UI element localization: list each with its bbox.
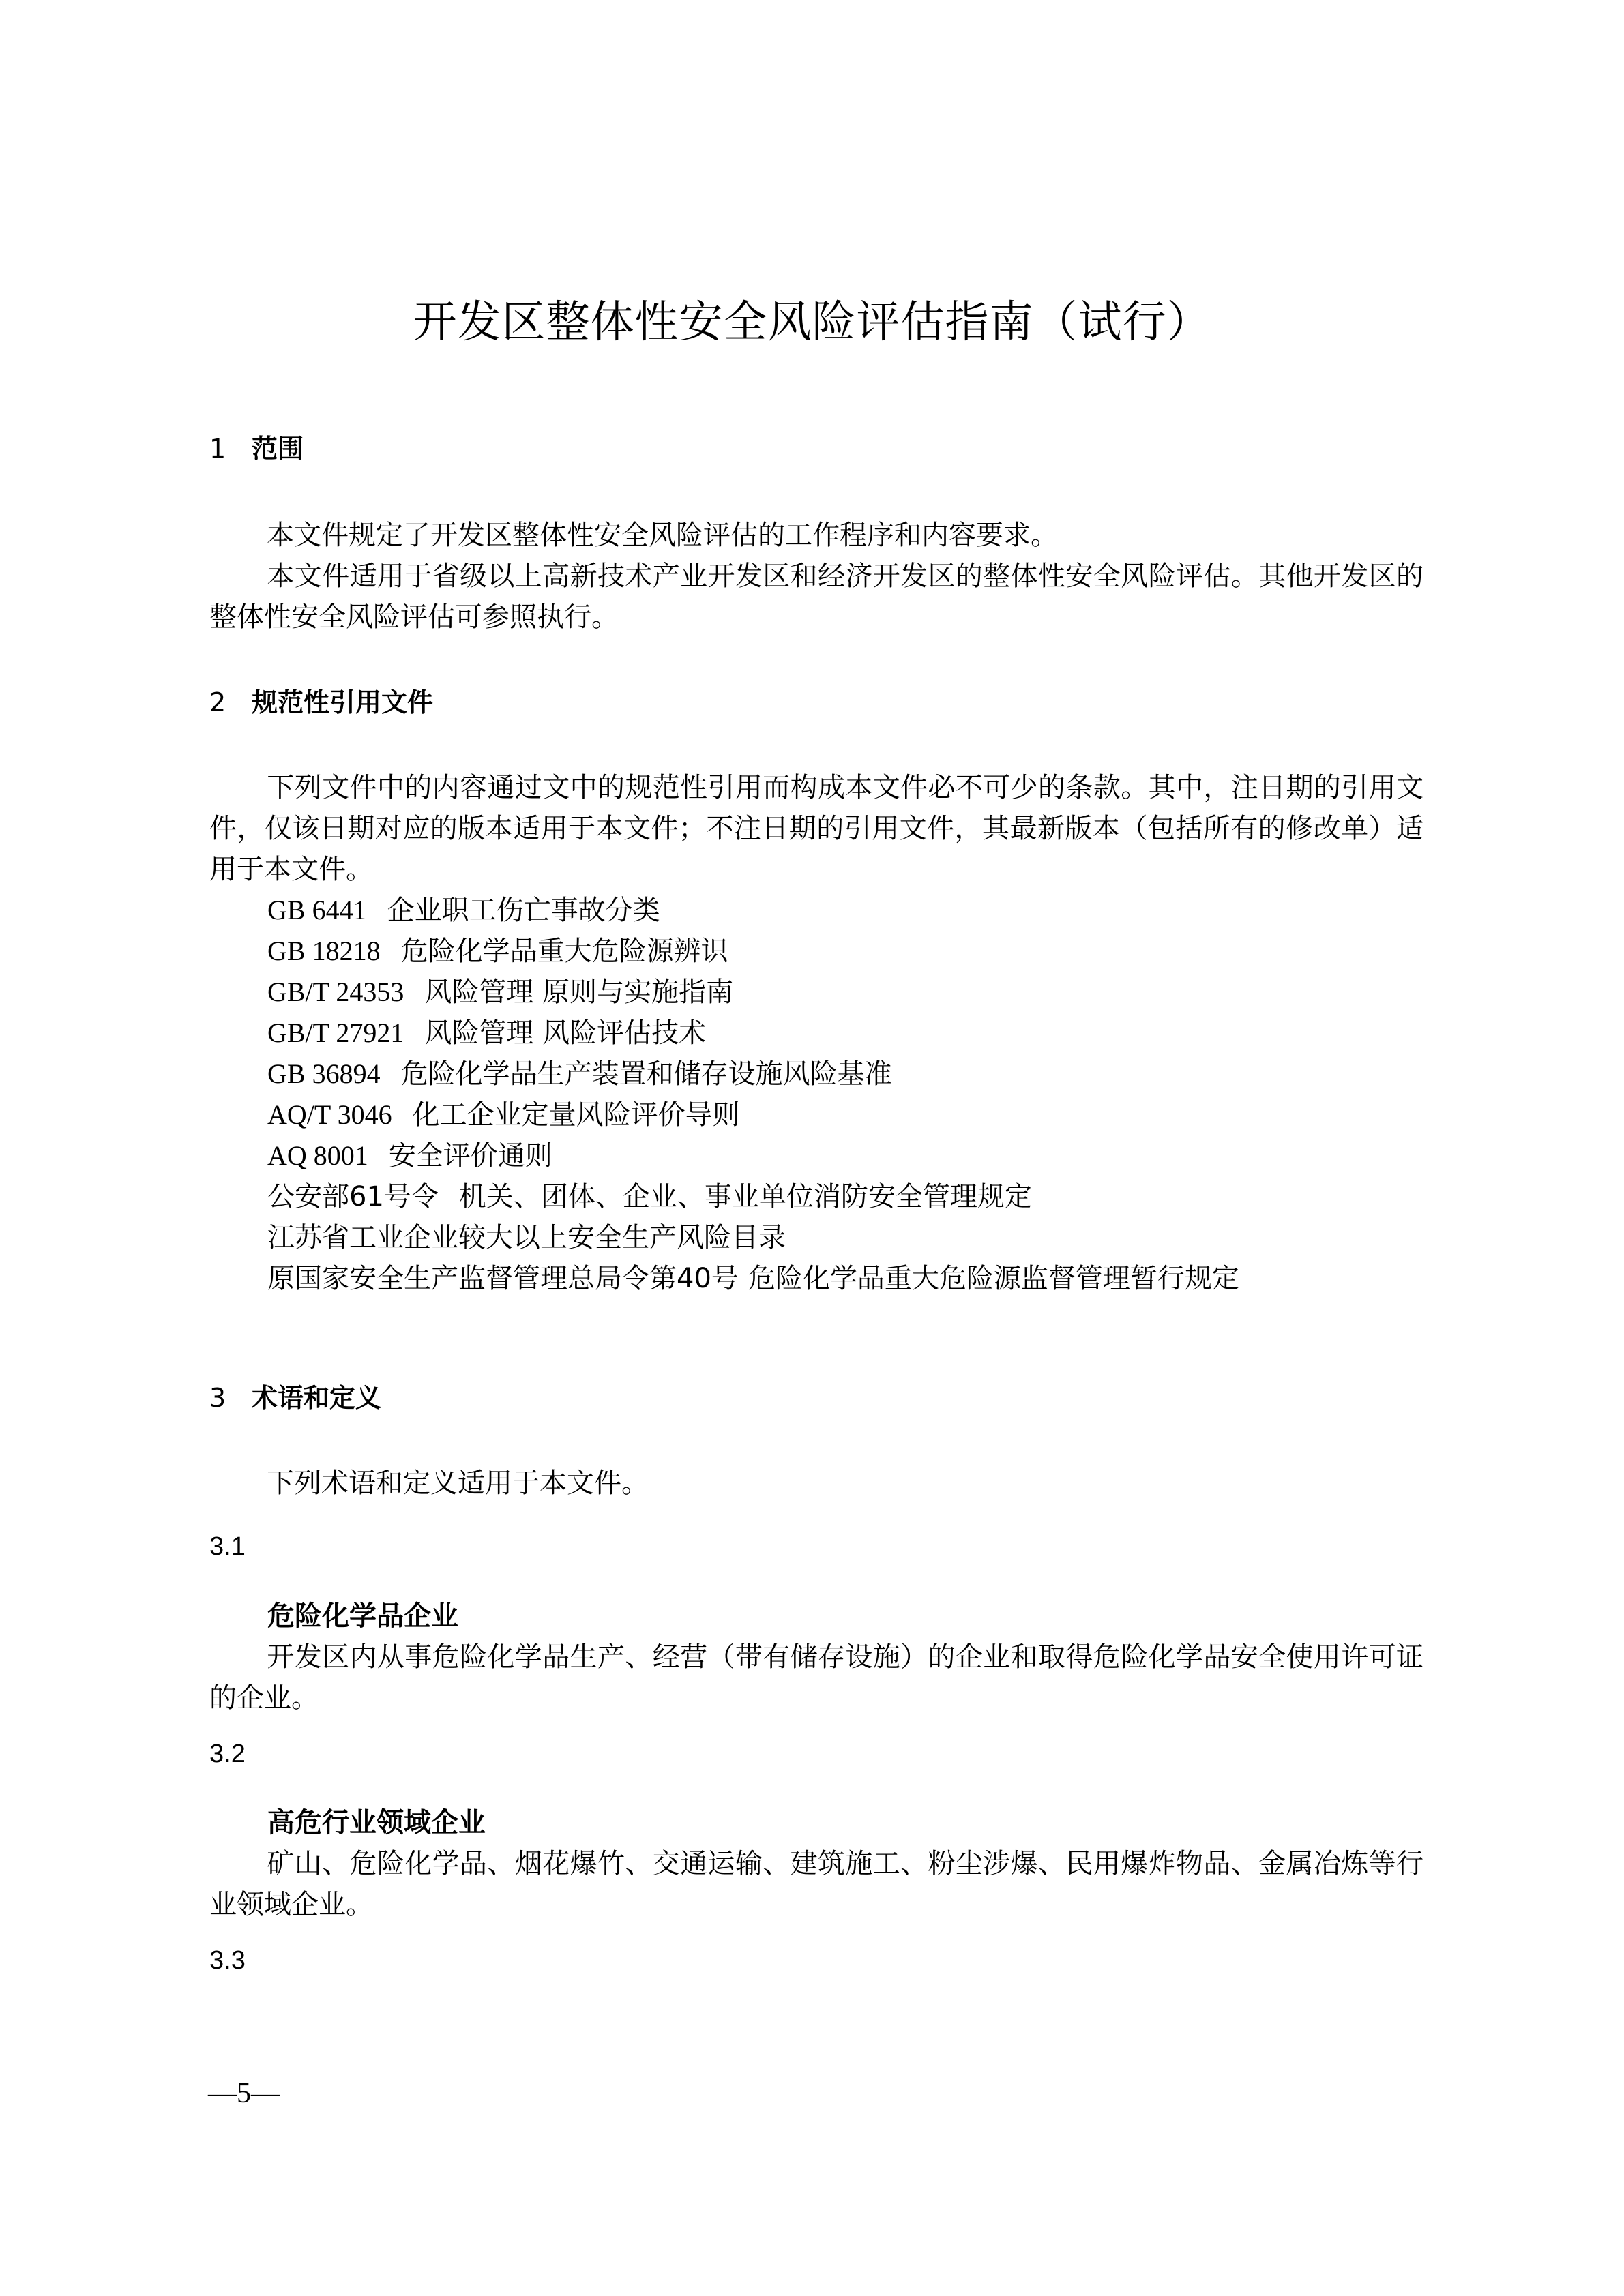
reference-name: 化工企业定量风险评价导则 <box>413 1099 740 1131</box>
paragraph-text: 矿山、危险化学品、烟花爆竹、交通运输、建筑施工、粉尘涉爆、民用爆炸物品、金属冶炼… <box>209 1848 1423 1920</box>
paragraph: 本文件适用于省级以上高新技术产业开发区和经济开发区的整体性安全风险评估。其他开发… <box>209 556 1423 638</box>
paragraph-text: 本文件适用于省级以上高新技术产业开发区和经济开发区的整体性安全风险评估。其他开发… <box>209 561 1423 633</box>
reference-name: 风险管理 原则与实施指南 <box>424 976 733 1008</box>
reference-item: GB 18218危险化学品重大危险源辨识 <box>267 931 728 972</box>
term-definition: 矿山、危险化学品、烟花爆竹、交通运输、建筑施工、粉尘涉爆、民用爆炸物品、金属冶炼… <box>209 1843 1423 1925</box>
term-number: 3.2 <box>209 1735 246 1773</box>
term-title: 高危行业领域企业 <box>267 1802 486 1843</box>
term-number: 3.1 <box>209 1527 246 1566</box>
reference-name: 风险管理 风险评估技术 <box>424 1017 706 1049</box>
paragraph-text: 下列文件中的内容通过文中的规范性引用而构成本文件必不可少的条款。其中，注日期的引… <box>209 772 1423 885</box>
section-heading-2: 2规范性引用文件 <box>209 683 433 721</box>
reference-item: 原国家安全生产监督管理总局令第40号危险化学品重大危险源监督管理暂行规定 <box>267 1258 1239 1299</box>
reference-item: 公安部61号令机关、团体、企业、事业单位消防安全管理规定 <box>267 1176 1032 1217</box>
reference-code: AQ/T 3046 <box>267 1099 392 1130</box>
document-page: 开发区整体性安全风险评估指南（试行） 1范围 本文件规定了开发区整体性安全风险评… <box>0 0 1624 2296</box>
paragraph-text: 开发区内从事危险化学品生产、经营（带有储存设施）的企业和取得危险化学品安全使用许… <box>209 1641 1423 1714</box>
reference-item: AQ/T 3046化工企业定量风险评价导则 <box>267 1094 740 1135</box>
reference-name: 机关、团体、企业、事业单位消防安全管理规定 <box>459 1181 1032 1212</box>
reference-item: GB 36894危险化学品生产装置和储存设施风险基准 <box>267 1054 892 1094</box>
reference-item: AQ 8001安全评价通则 <box>267 1135 552 1176</box>
section-heading-1: 1范围 <box>209 430 304 468</box>
reference-code: GB 36894 <box>267 1058 381 1089</box>
term-title: 危险化学品企业 <box>267 1596 458 1637</box>
section-title: 术语和定义 <box>252 1383 381 1413</box>
reference-code: GB/T 27921 <box>267 1017 404 1048</box>
paragraph: 下列文件中的内容通过文中的规范性引用而构成本文件必不可少的条款。其中，注日期的引… <box>209 767 1423 890</box>
section-number: 2 <box>209 683 252 721</box>
paragraph-text: 下列术语和定义适用于本文件。 <box>267 1467 649 1499</box>
reference-name: 安全评价通则 <box>389 1140 552 1172</box>
reference-code: GB/T 24353 <box>267 976 404 1007</box>
paragraph: 本文件规定了开发区整体性安全风险评估的工作程序和内容要求。 <box>209 515 1423 556</box>
section-number: 3 <box>209 1379 252 1417</box>
reference-code: GB 6441 <box>267 895 367 925</box>
page-number: —5— <box>208 2073 280 2114</box>
reference-item: GB/T 24353风险管理 原则与实施指南 <box>267 972 733 1013</box>
reference-item: 江苏省工业企业较大以上安全生产风险目录 <box>267 1217 786 1258</box>
section-title: 范围 <box>252 434 304 464</box>
reference-item: GB 6441企业职工伤亡事故分类 <box>267 890 660 931</box>
reference-code: 原国家安全生产监督管理总局令第40号 <box>267 1263 739 1294</box>
term-definition: 开发区内从事危险化学品生产、经营（带有储存设施）的企业和取得危险化学品安全使用许… <box>209 1637 1423 1718</box>
paragraph-text: 本文件规定了开发区整体性安全风险评估的工作程序和内容要求。 <box>267 520 1058 551</box>
reference-name: 危险化学品生产装置和储存设施风险基准 <box>401 1058 892 1090</box>
reference-name: 企业职工伤亡事故分类 <box>387 895 660 926</box>
reference-code: GB 18218 <box>267 936 381 966</box>
reference-name: 危险化学品重大危险源监督管理暂行规定 <box>748 1263 1239 1294</box>
reference-name: 危险化学品重大危险源辨识 <box>401 936 728 967</box>
document-title: 开发区整体性安全风险评估指南（试行） <box>0 292 1624 353</box>
reference-item: GB/T 27921风险管理 风险评估技术 <box>267 1013 706 1054</box>
term-number: 3.3 <box>209 1941 246 1980</box>
reference-name: 江苏省工业企业较大以上安全生产风险目录 <box>267 1222 786 1253</box>
reference-code: AQ 8001 <box>267 1140 368 1171</box>
section-heading-3: 3术语和定义 <box>209 1379 381 1417</box>
section-number: 1 <box>209 430 252 468</box>
reference-code: 公安部61号令 <box>267 1181 439 1212</box>
paragraph: 下列术语和定义适用于本文件。 <box>209 1463 1423 1504</box>
section-title: 规范性引用文件 <box>252 687 433 717</box>
